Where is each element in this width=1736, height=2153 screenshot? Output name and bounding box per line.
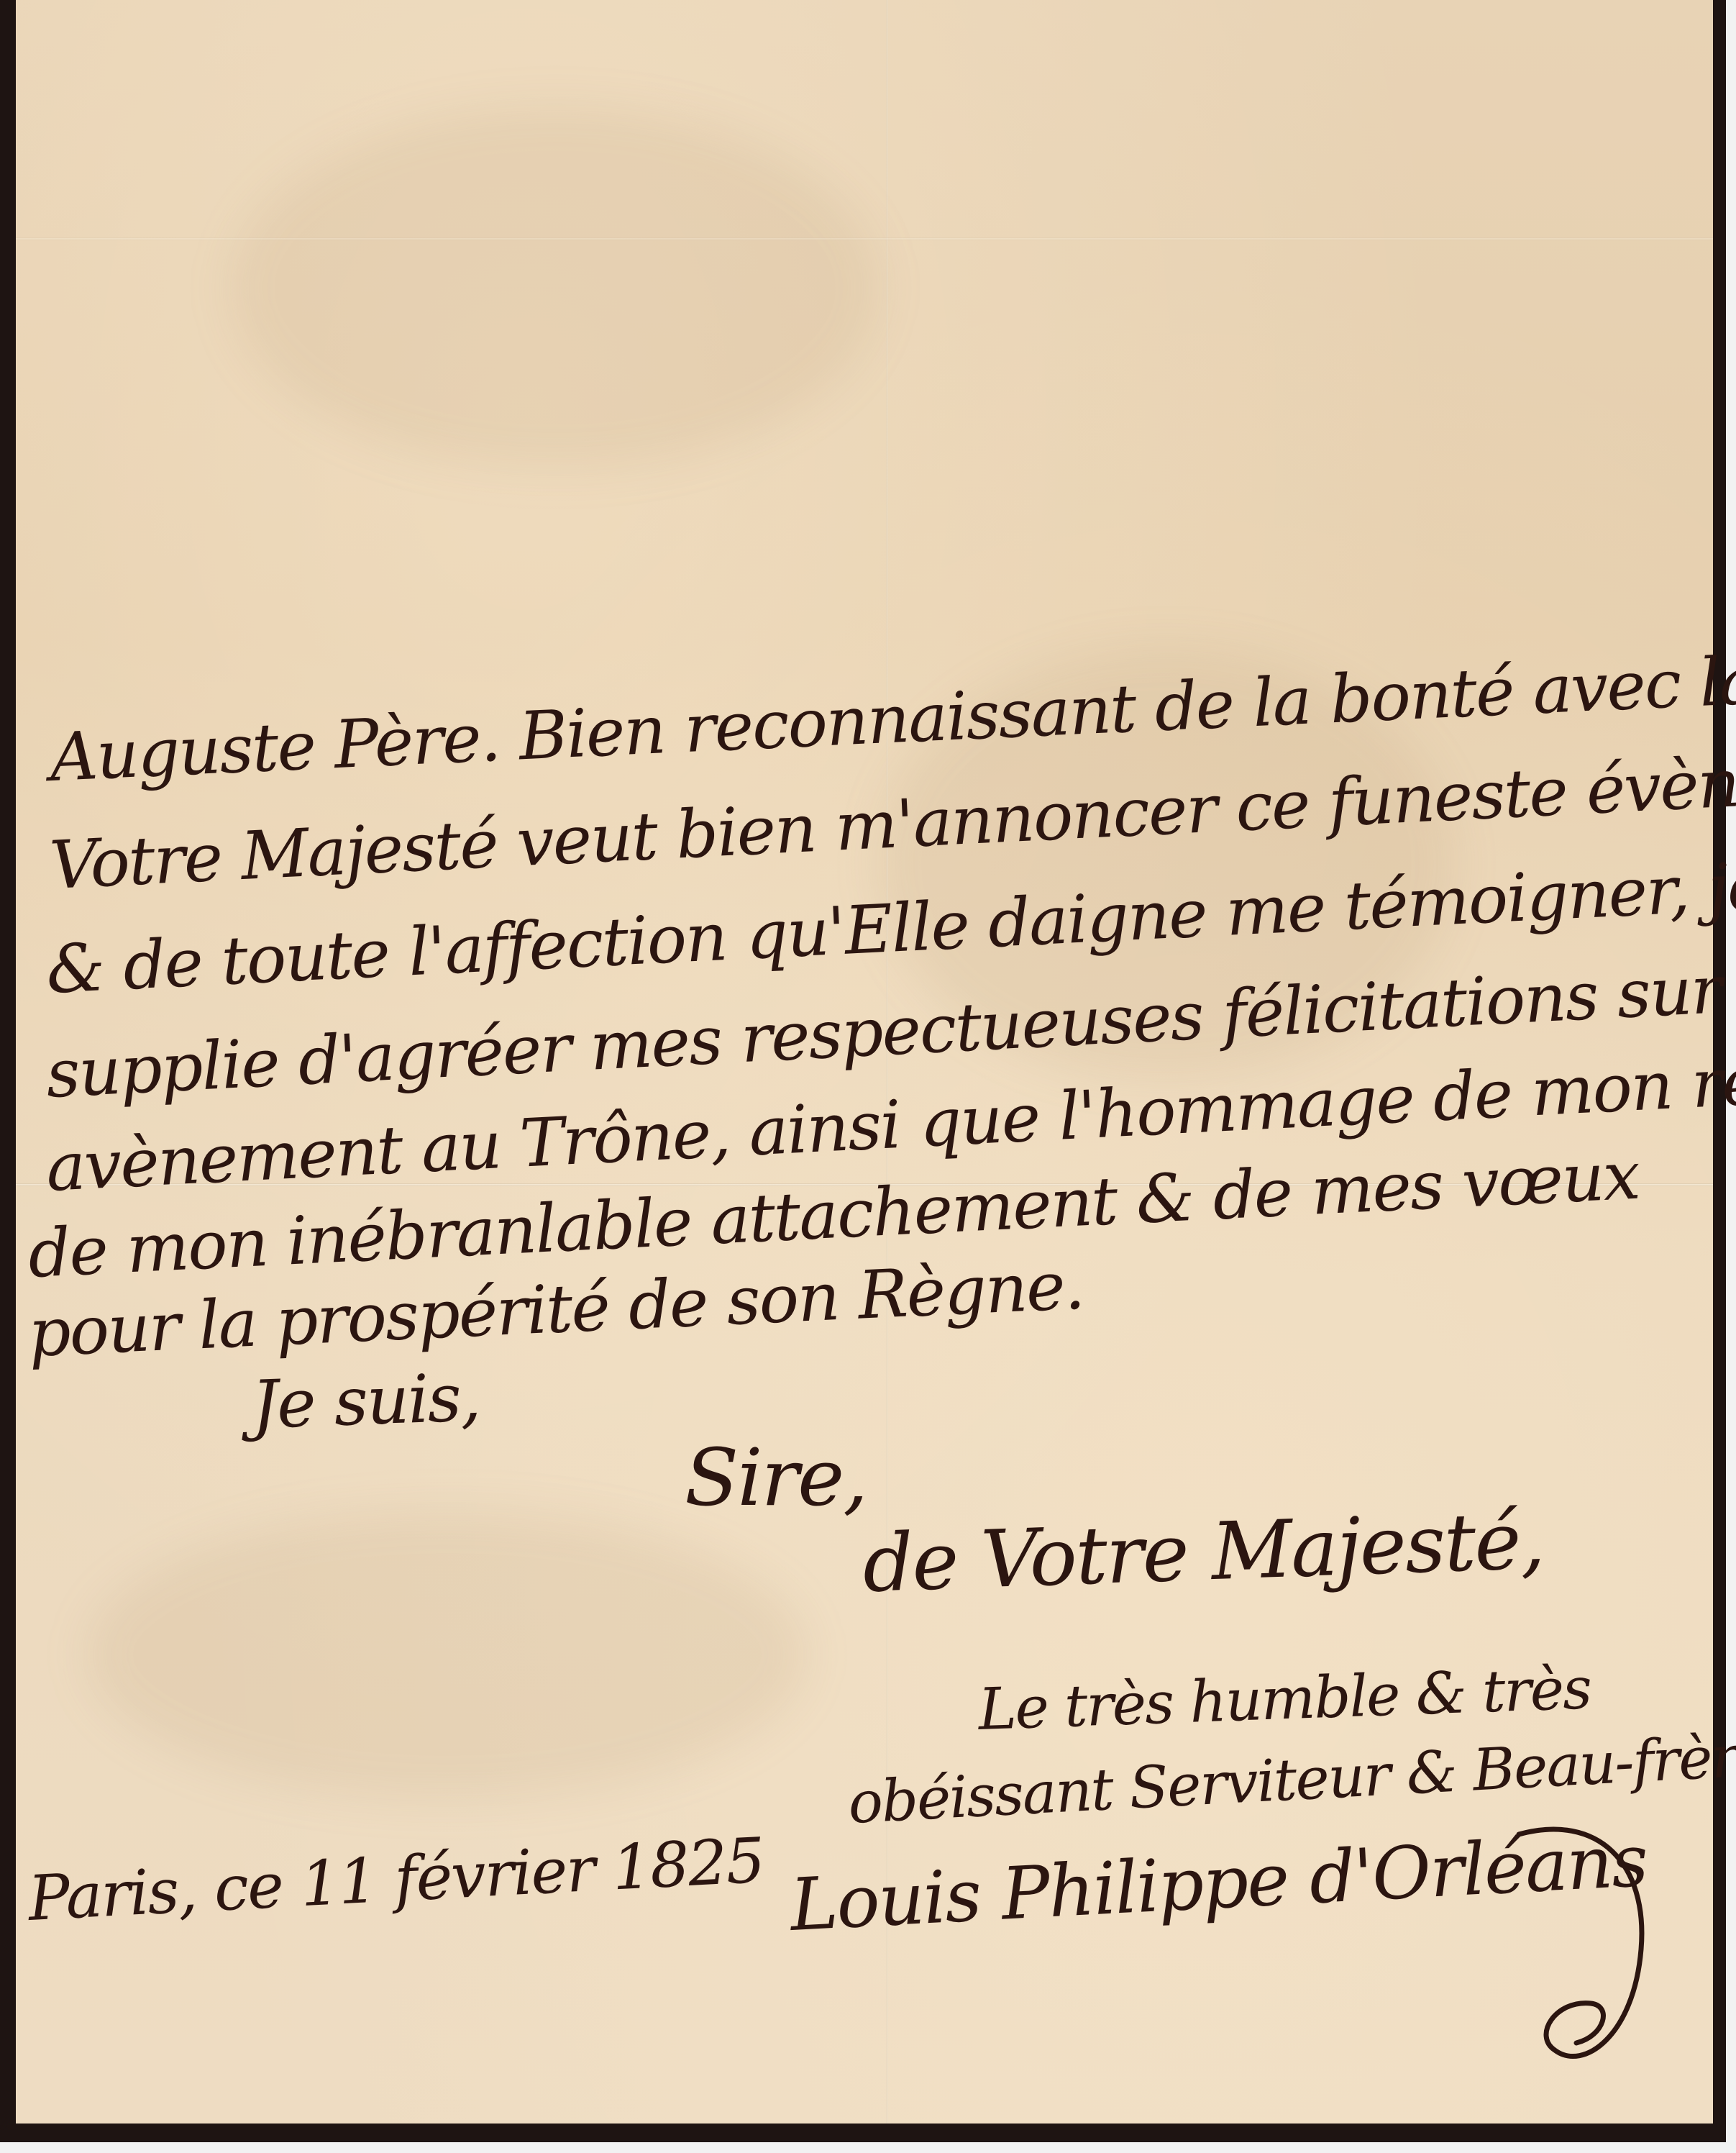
horizontal-fold-crease <box>16 237 1713 240</box>
paper: Auguste Père. Bien reconnaissant de la b… <box>16 0 1713 2124</box>
dateline: Paris, ce 11 février 1825 <box>27 1825 766 1935</box>
paper-stain <box>232 108 879 468</box>
signature-flourish-icon <box>1490 1820 1706 2108</box>
closing-sire: Sire, <box>685 1431 867 1524</box>
letter-sheet: Auguste Père. Bien reconnaissant de la b… <box>0 0 1726 2142</box>
closing-humble-line-1: Le très humble & très <box>977 1654 1592 1743</box>
paper-stain <box>88 1511 807 1798</box>
closing-de-votre-majeste: de Votre Majesté, <box>862 1494 1545 1610</box>
closing-je-suis: Je suis, <box>250 1359 480 1444</box>
